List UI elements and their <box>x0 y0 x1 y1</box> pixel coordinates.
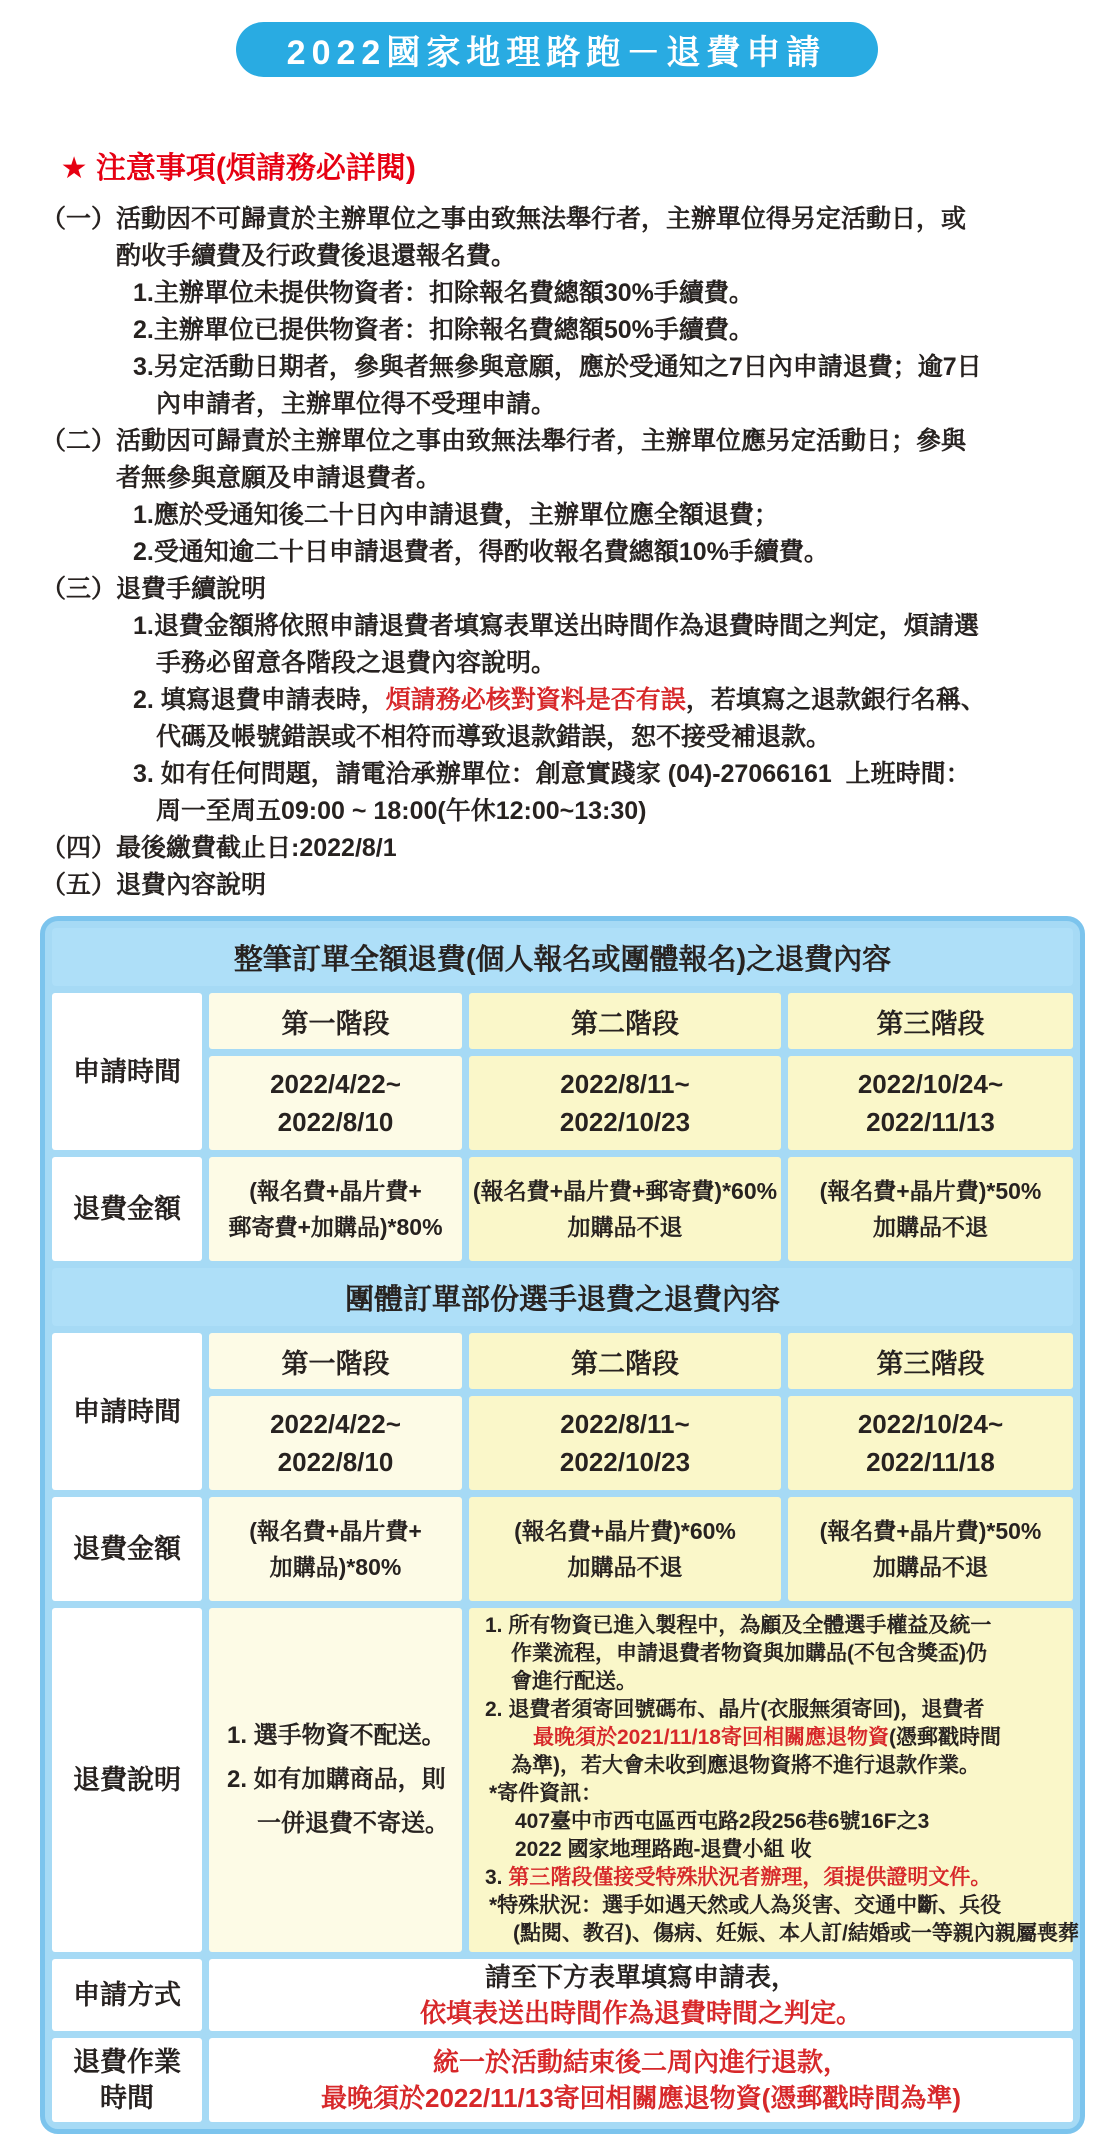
apply-method-line-red: 依填表送出時間作為退費時間之判定。 <box>420 1995 862 2031</box>
row-label-refund-amount: 退費金額 <box>52 1157 202 1261</box>
process-time-line: 最晚須於2022/11/13寄回相關應退物資(憑郵戳時間為準) <box>321 2080 961 2116</box>
desc-line: 最晚須於2021/11/18寄回相關應退物資(憑郵戳時間 <box>485 1724 1001 1752</box>
date-line: 2022/8/11~ <box>560 1065 689 1103</box>
amount-line: 加購品不退 <box>873 1549 988 1585</box>
apply-method-cell: 請至下方表單填寫申請表， 依填表送出時間作為退費時間之判定。 <box>209 1959 1073 2031</box>
desc-line: 作業流程，申請退費者物資與加購品(不包含獎盃)仍 <box>485 1640 987 1668</box>
desc-line-highlight: 第三階段僅接受特殊狀況者辦理，須提供證明文件。 <box>508 1866 991 1889</box>
notice-line-part: 2. 填寫退費申請表時， <box>133 686 386 714</box>
row-label-line: 退費作業 <box>73 2044 181 2080</box>
desc-line: 1. 選手物資不配送。 <box>227 1714 446 1758</box>
date-cell: 2022/10/24~2022/11/18 <box>788 1396 1073 1490</box>
date-line: 2022/10/23 <box>560 1103 690 1141</box>
notice-line: 酌收手續費及行政費後退還報名費。 <box>41 238 1085 275</box>
amount-line: 郵寄費+加購品)*80% <box>228 1209 442 1245</box>
notice-line: （三）退費手續說明 <box>41 571 1085 608</box>
notice-line: 1.應於受通知後二十日內申請退費，主辦單位應全額退費； <box>41 497 1085 534</box>
desc-line: 1. 所有物資已進入製程中，為顧及全體選手權益及統一 <box>485 1612 991 1640</box>
amount-line: (報名費+晶片費+ <box>249 1513 422 1549</box>
date-line: 2022/10/23 <box>560 1443 690 1481</box>
notice-line: （二）活動因可歸責於主辦單位之事由致無法舉行者，主辦單位應另定活動日；參與 <box>41 423 1085 460</box>
date-cell: 2022/8/11~2022/10/23 <box>469 1056 781 1150</box>
amount-cell: (報名費+晶片費)*50%加購品不退 <box>788 1497 1073 1601</box>
notice-line: 代碼及帳號錯誤或不相符而導致退款錯誤，恕不接受補退款。 <box>41 719 1085 756</box>
row-label-process-time: 退費作業 時間 <box>52 2038 202 2122</box>
date-line: 2022/10/24~ <box>858 1405 1003 1443</box>
notice-line: 3.另定活動日期者，參與者無參與意願，應於受通知之7日內申請退費；逾7日 <box>41 349 1085 386</box>
amount-cell: (報名費+晶片費+郵寄費)*60%加購品不退 <box>469 1157 781 1261</box>
desc-line: 一併退費不寄送。 <box>227 1802 449 1846</box>
amount-line: 加購品不退 <box>873 1209 988 1245</box>
notice-line-highlight: 煩請務必核對資料是否有誤 <box>386 686 686 714</box>
notice-line: 2.受通知逾二十日申請退費者，得酌收報名費總額10%手續費。 <box>41 534 1085 571</box>
stage-header-cell: 第一階段 <box>209 1333 462 1389</box>
desc-line: *寄件資訊： <box>485 1780 602 1808</box>
notice-line-part: ，若填寫之退款銀行名稱、 <box>686 686 986 714</box>
stage-header-cell: 第一階段 <box>209 993 462 1049</box>
notice-line: （五）退費內容說明 <box>41 867 1085 904</box>
stage-header-cell: 第三階段 <box>788 993 1073 1049</box>
refund-notice-page: { "colors": { "banner_blue": "#29ABE2", … <box>0 22 1113 2145</box>
process-time-line: 統一於活動結束後二周內進行退款， <box>433 2044 849 2080</box>
desc-line: 為準)，若大會未收到應退物資將不進行退款作業。 <box>485 1752 980 1780</box>
amount-line: 加購品不退 <box>568 1549 683 1585</box>
section-title-full-refund: 整筆訂單全額退費(個人報名或團體報名)之退費內容 <box>52 928 1073 986</box>
shipping-address-line: 407臺中市西屯區西屯路2段256巷6號16F之3 <box>485 1808 929 1836</box>
section-title-group-refund: 團體訂單部份選手退費之退費內容 <box>52 1268 1073 1326</box>
refund-desc-stage23-cell: 1. 所有物資已進入製程中，為顧及全體選手權益及統一 作業流程，申請退費者物資與… <box>469 1608 1073 1952</box>
page-title-banner: 2022國家地理路跑－退費申請 <box>236 22 878 77</box>
date-line: 2022/4/22~ <box>270 1065 401 1103</box>
notice-line: 周一至周五09:00 ~ 18:00(午休12:00~13:30) <box>41 793 1085 830</box>
amount-line: 加購品)*80% <box>270 1549 402 1585</box>
notice-line: 手務必留意各階段之退費內容說明。 <box>41 645 1085 682</box>
date-line: 2022/10/24~ <box>858 1065 1003 1103</box>
notice-heading: ★ 注意事項(煩請務必詳閱) <box>44 109 1113 187</box>
desc-line: 2. 如有加購商品，則 <box>227 1758 446 1802</box>
notice-line: 者無參與意願及申請退費者。 <box>41 460 1085 497</box>
row-label-apply-time: 申請時間 <box>52 1333 202 1490</box>
desc-line-part: (憑郵戳時間 <box>889 1726 1001 1749</box>
notice-line: 2. 填寫退費申請表時，煩請務必核對資料是否有誤，若填寫之退款銀行名稱、 <box>41 682 1085 719</box>
amount-cell: (報名費+晶片費)*50%加購品不退 <box>788 1157 1073 1261</box>
stage-header-cell: 第二階段 <box>469 1333 781 1389</box>
notice-heading-text: ★ 注意事項(煩請務必詳閱) <box>61 152 416 185</box>
date-line: 2022/8/11~ <box>560 1405 689 1443</box>
notice-line: （一）活動因不可歸責於主辦單位之事由致無法舉行者，主辦單位得另定活動日，或 <box>41 201 1085 238</box>
refund-table: 整筆訂單全額退費(個人報名或團體報名)之退費內容 申請時間 第一階段 第二階段 … <box>40 916 1085 2134</box>
row-label-line: 時間 <box>100 2080 154 2116</box>
desc-line-highlight: 最晚須於2021/11/18寄回相關應退物資 <box>533 1726 889 1749</box>
amount-line: (報名費+晶片費+郵寄費)*60% <box>473 1173 777 1209</box>
notice-line: 1.退費金額將依照申請退費者填寫表單送出時間作為退費時間之判定，煩請選 <box>41 608 1085 645</box>
row-label-refund-amount: 退費金額 <box>52 1497 202 1601</box>
desc-line: *特殊狀況：選手如遇天然或人為災害、交通中斷、兵役 <box>485 1892 1001 1920</box>
amount-cell: (報名費+晶片費+郵寄費+加購品)*80% <box>209 1157 462 1261</box>
amount-line: (報名費+晶片費)*50% <box>820 1513 1042 1549</box>
amount-line: 加購品不退 <box>568 1209 683 1245</box>
notice-line: （四）最後繳費截止日:2022/8/1 <box>41 830 1085 867</box>
amount-line: (報名費+晶片費)*50% <box>820 1173 1042 1209</box>
date-line: 2022/11/18 <box>866 1443 995 1481</box>
stage-header-cell: 第三階段 <box>788 1333 1073 1389</box>
date-cell: 2022/4/22~2022/8/10 <box>209 1396 462 1490</box>
process-time-cell: 統一於活動結束後二周內進行退款， 最晚須於2022/11/13寄回相關應退物資(… <box>209 2038 1073 2122</box>
stage-header-cell: 第二階段 <box>469 993 781 1049</box>
row-label-apply-method: 申請方式 <box>52 1959 202 2031</box>
page-title: 2022國家地理路跑－退費申請 <box>287 25 827 74</box>
date-line: 2022/8/10 <box>278 1443 394 1481</box>
notice-line: 1.主辦單位未提供物資者：扣除報名費總額30%手續費。 <box>41 275 1085 312</box>
desc-line: 2. 退費者須寄回號碼布、晶片(衣服無須寄回)，退費者 <box>485 1696 984 1724</box>
notice-line: 2.主辦單位已提供物資者：扣除報名費總額50%手續費。 <box>41 312 1085 349</box>
apply-method-line: 請至下方表單填寫申請表， <box>485 1959 797 1995</box>
shipping-recipient-line: 2022 國家地理路跑-退費小組 收 <box>485 1836 811 1864</box>
date-cell: 2022/8/11~2022/10/23 <box>469 1396 781 1490</box>
notice-section: （一）活動因不可歸責於主辦單位之事由致無法舉行者，主辦單位得另定活動日，或 酌收… <box>41 201 1085 904</box>
row-label-refund-desc: 退費說明 <box>52 1608 202 1952</box>
date-line: 2022/8/10 <box>278 1103 394 1141</box>
date-cell: 2022/10/24~2022/11/13 <box>788 1056 1073 1150</box>
amount-cell: (報名費+晶片費+加購品)*80% <box>209 1497 462 1601</box>
desc-line-part: 3. <box>485 1866 508 1889</box>
date-line: 2022/4/22~ <box>270 1405 401 1443</box>
amount-line: (報名費+晶片費+ <box>249 1173 422 1209</box>
desc-line: (點閱、教召)、傷病、妊娠、本人訂/結婚或一等親內親屬喪葬 <box>485 1920 1079 1948</box>
amount-cell: (報名費+晶片費)*60%加購品不退 <box>469 1497 781 1601</box>
row-label-apply-time: 申請時間 <box>52 993 202 1150</box>
refund-desc-stage1-cell: 1. 選手物資不配送。 2. 如有加購商品，則 一併退費不寄送。 <box>209 1608 462 1952</box>
desc-line: 3. 第三階段僅接受特殊狀況者辦理，須提供證明文件。 <box>485 1864 991 1892</box>
notice-line: 內申請者，主辦單位得不受理申請。 <box>41 386 1085 423</box>
date-cell: 2022/4/22~2022/8/10 <box>209 1056 462 1150</box>
desc-line: 會進行配送。 <box>485 1668 637 1696</box>
date-line: 2022/11/13 <box>866 1103 995 1141</box>
notice-line: 3. 如有任何問題，請電洽承辦單位：創意實踐家 (04)-27066161 上班… <box>41 756 1085 793</box>
amount-line: (報名費+晶片費)*60% <box>514 1513 736 1549</box>
